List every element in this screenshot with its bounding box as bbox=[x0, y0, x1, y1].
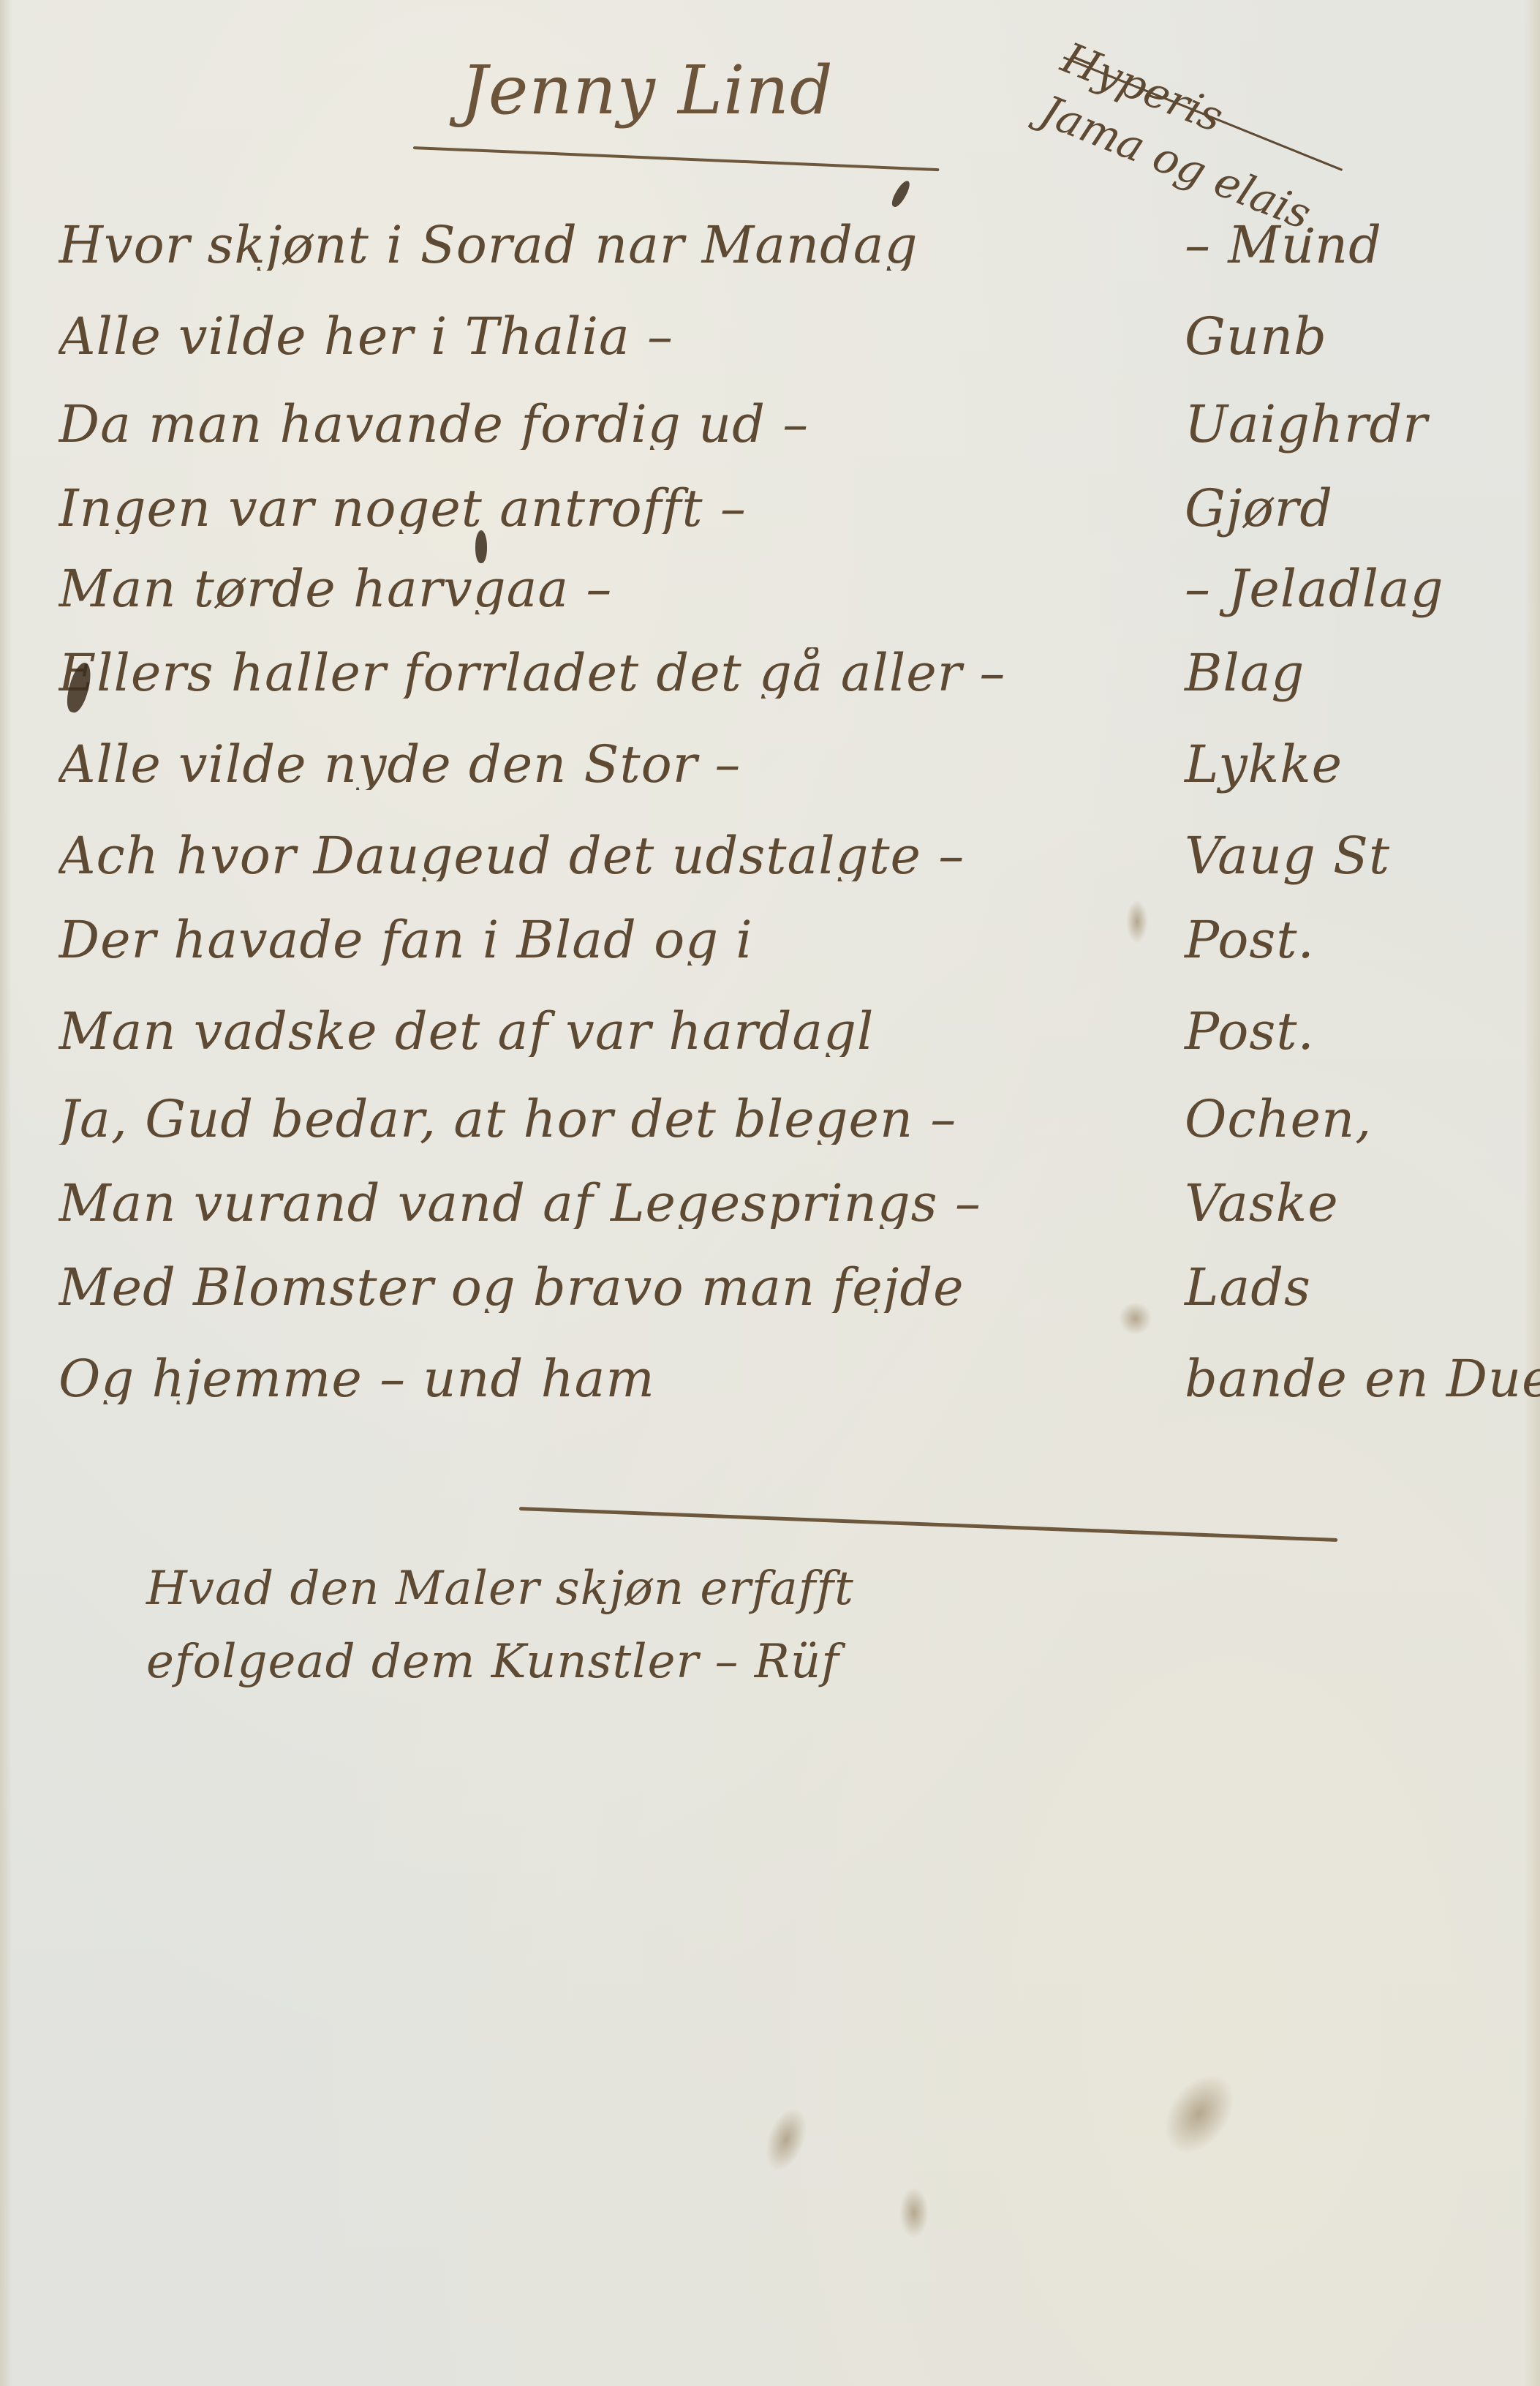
manuscript-title: Jenny Lind bbox=[461, 51, 834, 129]
verse-text: Ja, Gud bedar, at hor det blegen – bbox=[58, 1094, 1126, 1145]
section-divider bbox=[519, 1507, 1337, 1542]
manuscript-page: Jenny Lind Hyperis Jama og elais. Hvor s… bbox=[0, 0, 1540, 2386]
verse-line: Hvor skjønt i Sorad nar Mandag – Mund bbox=[58, 219, 1126, 279]
verse-line: Man tørde harvgaa – – Jeladlag bbox=[58, 563, 1126, 622]
footer-note-line-1: Hvad den Maler skjøn erfafft bbox=[146, 1565, 854, 1612]
verse-text: Man vurand vand af Legesprings – bbox=[58, 1178, 1126, 1229]
title-underline bbox=[413, 146, 940, 171]
verse-line: Man vurand vand af Legesprings – Vaske bbox=[58, 1178, 1126, 1237]
verse-line: Med Blomster og bravo man fejde Lads bbox=[58, 1262, 1126, 1321]
verse-margin-word: Lads bbox=[1185, 1262, 1536, 1313]
paper-stain bbox=[1150, 2061, 1248, 2167]
ink-blot bbox=[889, 178, 913, 209]
verse-line: Ach hvor Daugeud det udstalgte – Vaug St bbox=[58, 830, 1126, 889]
verse-line: Da man havande fordig ud – Uaighrdr bbox=[58, 399, 1126, 458]
verse-margin-word: – Jeladlag bbox=[1185, 563, 1536, 614]
verse-margin-word: Gjørd bbox=[1185, 483, 1536, 534]
verse-text: Man vadske det af var hardagl bbox=[58, 1006, 1126, 1057]
verse-margin-word: Lykke bbox=[1185, 739, 1536, 790]
verse-text: Alle vilde her i Thalia – bbox=[58, 311, 1126, 362]
verse-margin-word: – Mund bbox=[1185, 219, 1536, 271]
verse-margin-word: Gunb bbox=[1185, 311, 1536, 362]
verse-text: Man tørde harvgaa – bbox=[58, 563, 1126, 614]
verse-margin-word: Vaug St bbox=[1185, 830, 1536, 881]
footer-note-line-2: efolgead dem Kunstler – Rüf bbox=[146, 1638, 839, 1685]
verse-margin-word: Vaske bbox=[1185, 1178, 1536, 1229]
verse-margin-word: Uaighrdr bbox=[1185, 399, 1536, 450]
paper-stain bbox=[1119, 1302, 1152, 1335]
paper-stain bbox=[899, 2187, 929, 2238]
paper-stain bbox=[758, 2102, 815, 2177]
verse-line: Ja, Gud bedar, at hor det blegen – Ochen… bbox=[58, 1094, 1126, 1153]
verse-margin-word: Blag bbox=[1185, 647, 1536, 699]
verse-line: Og hjemme – und ham bande en Duet bbox=[58, 1353, 1126, 1412]
verse-text: Og hjemme – und ham bbox=[58, 1353, 1126, 1404]
verse-text: Alle vilde nyde den Stor – bbox=[58, 739, 1126, 790]
verse-text: Med Blomster og bravo man fejde bbox=[58, 1262, 1126, 1313]
verse-line: Alle vilde nyde den Stor – Lykke bbox=[58, 739, 1126, 798]
verse-margin-word: Post. bbox=[1185, 1006, 1536, 1057]
verse-line: Ellers haller forrladet det gå aller – B… bbox=[58, 647, 1126, 707]
paper-edge-left bbox=[0, 0, 12, 2386]
ink-blot bbox=[475, 530, 487, 563]
verse-text: Ellers haller forrladet det gå aller – bbox=[58, 647, 1126, 699]
verse-line: Ingen var noget antrofft – Gjørd bbox=[58, 483, 1126, 542]
verse-margin-word: Post. bbox=[1185, 914, 1536, 966]
verse-text: Hvor skjønt i Sorad nar Mandag bbox=[58, 219, 1126, 271]
verse-margin-word: Ochen, bbox=[1185, 1094, 1536, 1145]
verse-line: Der havade fan i Blad og i Post. bbox=[58, 914, 1126, 974]
verse-line: Man vadske det af var hardagl Post. bbox=[58, 1006, 1126, 1065]
verse-text: Da man havande fordig ud – bbox=[58, 399, 1126, 450]
verse-text: Der havade fan i Blad og i bbox=[58, 914, 1126, 966]
verse-text: Ach hvor Daugeud det udstalgte – bbox=[58, 830, 1126, 881]
verse-line: Alle vilde her i Thalia – Gunb bbox=[58, 311, 1126, 370]
paper-stain bbox=[1126, 900, 1148, 944]
verse-margin-word: bande en Duet bbox=[1185, 1353, 1536, 1404]
verse-text: Ingen var noget antrofft – bbox=[58, 483, 1126, 534]
